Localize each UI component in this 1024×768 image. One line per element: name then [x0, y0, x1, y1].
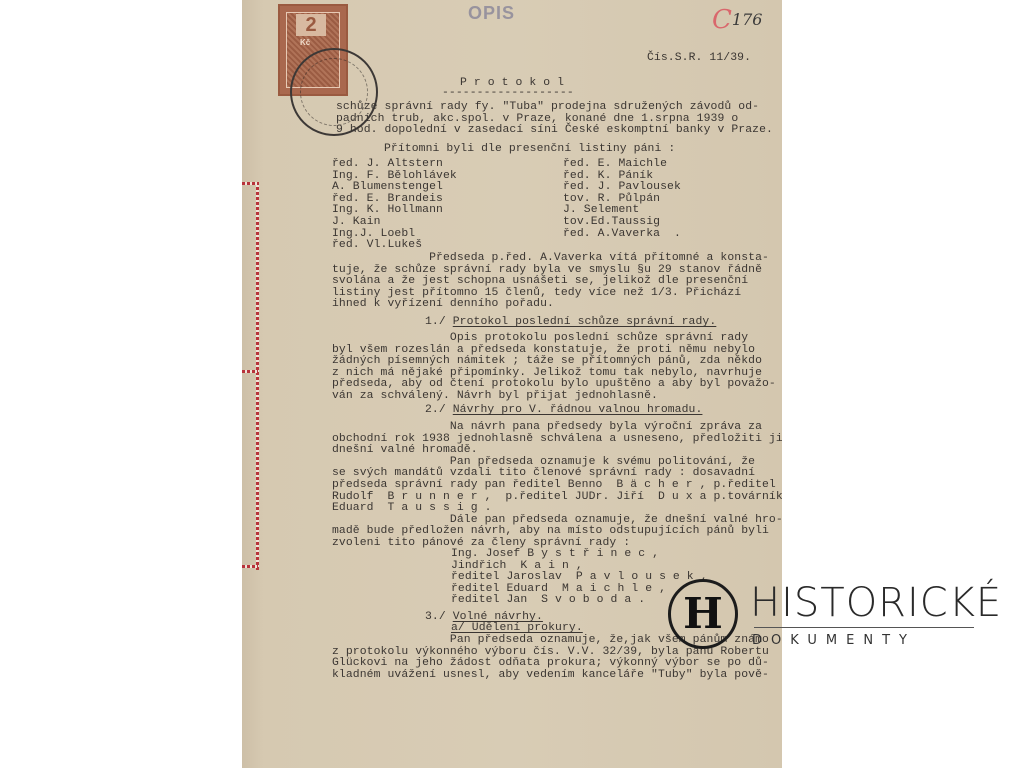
- logo-subtitle: DOKUMENTY: [752, 633, 916, 648]
- copy-stamp: OPIS: [468, 3, 515, 24]
- binding-string-knot: [242, 182, 258, 185]
- opening-paragraph: Předseda p.řed. A.Vaverka vítá přítomné …: [332, 253, 769, 311]
- attendee: řed. E. Maichle: [563, 159, 681, 171]
- attendance-heading: Přítomni byli dle presenční listiny páni…: [384, 144, 675, 156]
- revenue-stamp-currency: Kč: [300, 38, 310, 47]
- text-line: Na návrh pana předsedy byla výroční zprá…: [332, 422, 782, 434]
- item-1-body: Opis protokolu poslední schůze správní r…: [332, 333, 776, 403]
- binding-string: [256, 182, 259, 570]
- binding-string-knot: [242, 370, 258, 373]
- text-line: předseda správní rady pan ředitel Benno …: [332, 480, 782, 492]
- folio-prefix: C: [712, 5, 732, 35]
- item-subtitle: a/ Udělení prokury.: [451, 622, 583, 634]
- logo-title: HISTORICKÉ: [750, 581, 1002, 625]
- title-rule: -------------------: [442, 88, 574, 100]
- item-title: Protokol poslední schůze správní rady.: [453, 316, 717, 328]
- nominee: Ing. Josef B y s t ř i n e c ,: [451, 549, 708, 561]
- intro-paragraph: schůze správní rady fy. "Tuba" prodejna …: [336, 102, 773, 137]
- text-line: ihned k vyřízení denního pořadu.: [332, 299, 769, 311]
- logo-rule: [754, 627, 974, 628]
- item-title: Návrhy pro V. řádnou valnou hromadu.: [453, 404, 703, 416]
- item-1-heading: 1./ Protokol poslední schůze správní rad…: [425, 317, 716, 329]
- attendees-right: řed. E. Maichle řed. K. Páník řed. J. Pa…: [563, 159, 681, 240]
- attendee: řed. A.Vaverka .: [563, 229, 681, 241]
- item-number: 2./: [425, 404, 446, 416]
- text-line: schůze správní rady fy. "Tuba" prodejna …: [336, 102, 773, 114]
- text-line: kladném uvážení usnesl, aby vedením kanc…: [332, 670, 769, 682]
- attendee: řed. J. Altstern: [332, 159, 457, 171]
- binding-string-knot: [242, 565, 258, 568]
- text-line: Opis protokolu poslední schůze správní r…: [332, 333, 776, 345]
- item-number: 3./: [425, 611, 446, 623]
- attendee: J. Kain: [332, 217, 457, 229]
- item-2-body: Na návrh pana předsedy byla výroční zprá…: [332, 422, 782, 550]
- item-number: 1./: [425, 316, 446, 328]
- reference-number: Čís.S.R. 11/39.: [647, 53, 751, 65]
- monogram-letter: H: [671, 588, 735, 640]
- text-line: Eduard T a u s s i g .: [332, 503, 782, 515]
- text-line: 9 hod. dopolední v zasedací síni České e…: [336, 125, 773, 137]
- revenue-stamp-value: 2: [296, 14, 326, 36]
- attendees-left: řed. J. Altstern Ing. F. Bělohlávek A. B…: [332, 159, 457, 252]
- item-2-heading: 2./ Návrhy pro V. řádnou valnou hromadu.: [425, 405, 702, 417]
- text-line: Předseda p.řed. A.Vaverka vítá přítomné …: [332, 253, 769, 265]
- attendee: tov.Ed.Taussig: [563, 217, 681, 229]
- text-line: ván za schválený. Návrh byl přijat jedno…: [332, 391, 776, 403]
- folio-number: C176: [712, 2, 762, 32]
- historicke-dokumenty-logo: H HISTORICKÉ DOKUMENTY: [668, 577, 978, 657]
- folio-value: 176: [732, 10, 763, 29]
- attendee: řed. Vl.Lukeš: [332, 240, 457, 252]
- item-3-subheading: a/ Udělení prokury.: [451, 623, 583, 635]
- monogram-icon: H: [668, 579, 738, 649]
